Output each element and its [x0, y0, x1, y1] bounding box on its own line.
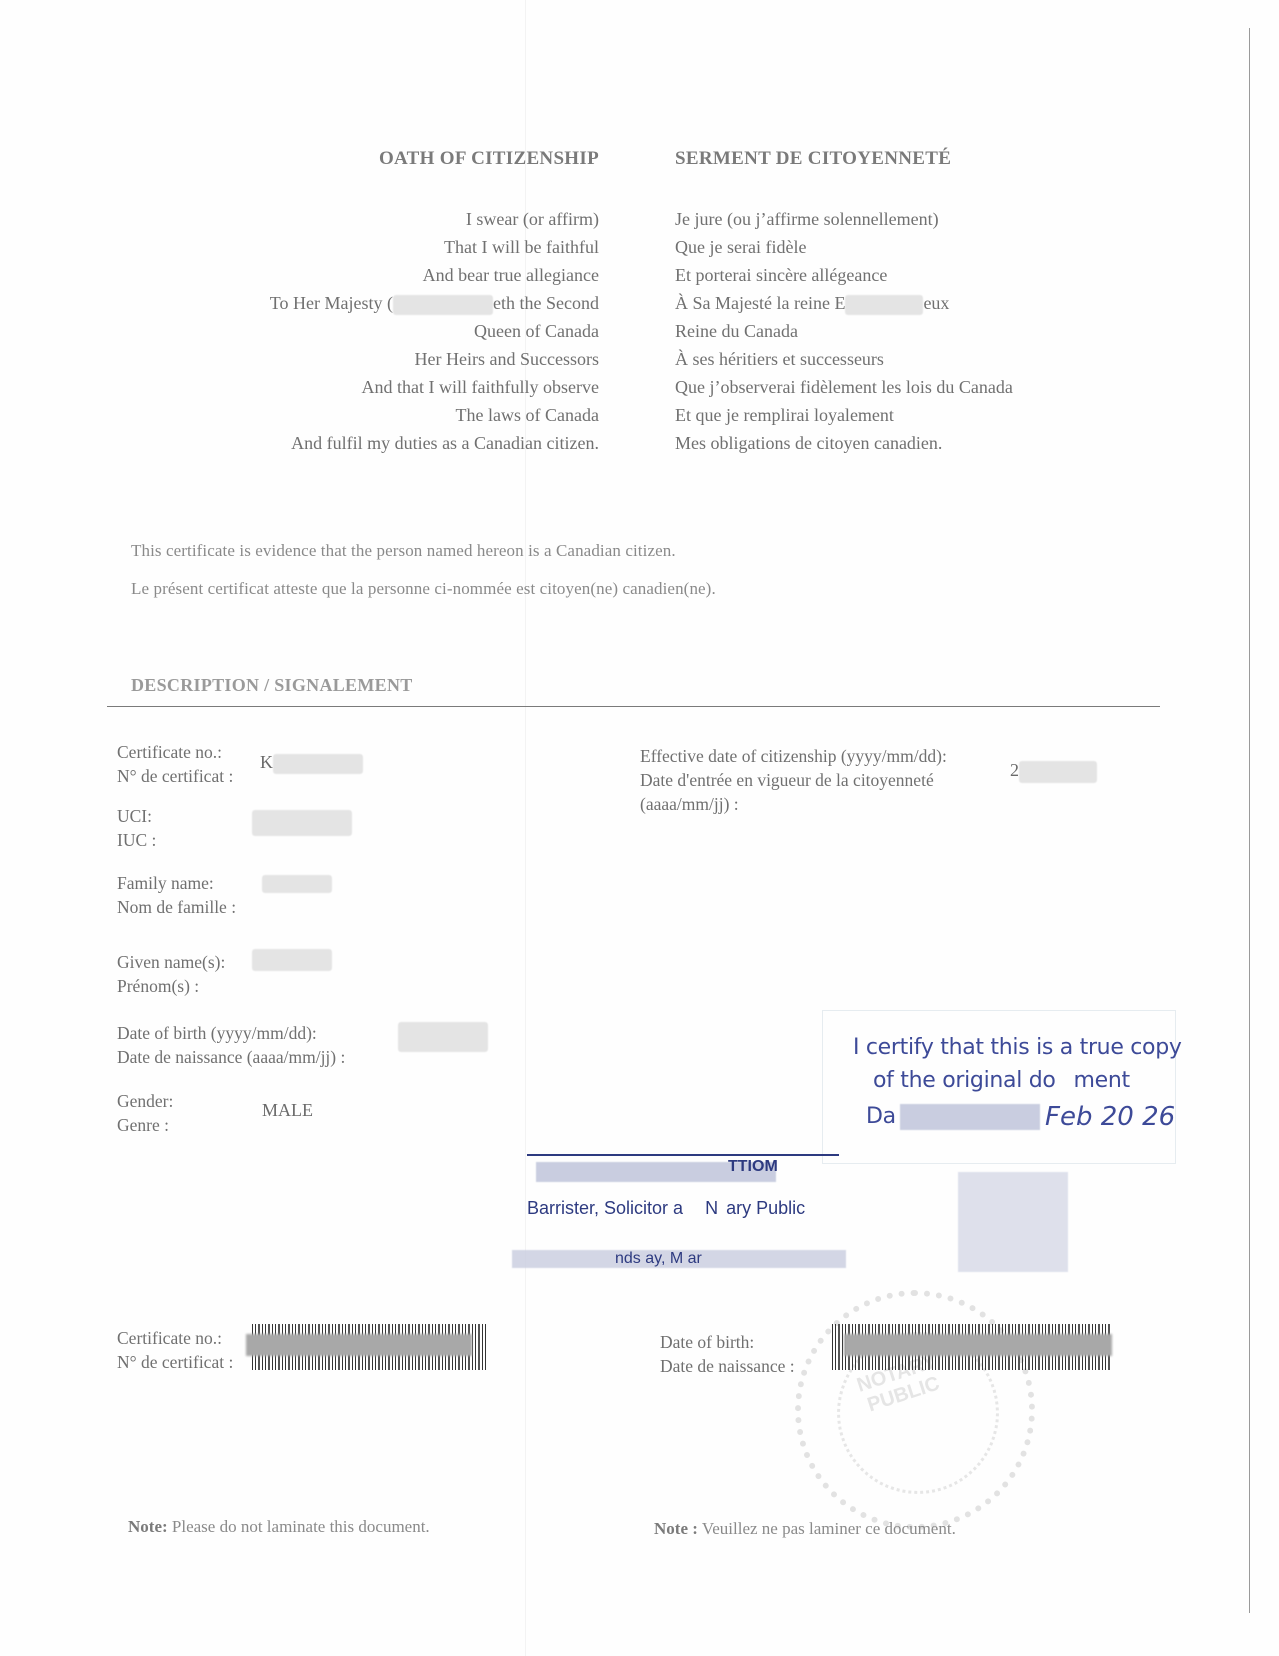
redacted-signature — [900, 1104, 1040, 1130]
stamp-line-3: Da — [866, 1104, 1040, 1130]
oath-line: I swear (or affirm) — [270, 205, 599, 233]
redacted-value — [273, 754, 363, 774]
oath-line: Mes obligations de citoyen canadien. — [675, 429, 1013, 457]
certificate-no-value: K — [260, 752, 363, 774]
oath-english: I swear (or affirm) That I will be faith… — [270, 205, 599, 457]
evidence-english: This certificate is evidence that the pe… — [131, 541, 676, 561]
stub-certificate-label: Certificate no.: N° de certificat : — [117, 1326, 233, 1374]
family-name-label: Family name: Nom de famille : — [117, 871, 236, 919]
certificate-no-label: Certificate no.: N° de certificat : — [117, 740, 233, 788]
redacted-value — [262, 875, 332, 893]
oath-line: Her Heirs and Successors — [270, 345, 599, 373]
note-english: Note: Please do not laminate this docume… — [128, 1517, 430, 1537]
gender-value: MALE — [262, 1100, 313, 1121]
notary-title-c: ary Public — [726, 1198, 805, 1218]
effective-date-visible: 2 — [1010, 760, 1019, 780]
uci-label: UCI: IUC : — [117, 804, 156, 852]
redacted-signature-mark — [958, 1172, 1068, 1272]
note-french: Note : Veuillez ne pas laminer ce docume… — [654, 1519, 956, 1539]
oath-line-majesty: À Sa Majesté la reine Eeux — [675, 289, 1013, 317]
redacted-value — [1019, 761, 1097, 783]
oath-title-english: OATH OF CITIZENSHIP — [379, 148, 599, 170]
label-fr: Date de naissance (aaaa/mm/jj) : — [117, 1045, 345, 1069]
oath-line-majesty: To Her Majesty (eth the Second — [270, 289, 599, 317]
label-fr: IUC : — [117, 828, 156, 852]
label-fr-format: (aaaa/mm/jj) : — [640, 792, 947, 816]
note-text: Veuillez ne pas laminer ce document. — [702, 1519, 956, 1538]
label-fr: N° de certificat : — [117, 764, 233, 788]
redacted-name — [393, 295, 493, 315]
oath-line: And that I will faithfully observe — [270, 373, 599, 401]
description-title: DESCRIPTION / SIGNALEMENT — [131, 675, 413, 696]
stamp-line-1: I certify that this is a true copy — [853, 1035, 1182, 1060]
stamp-line-2-a: of the original do — [873, 1068, 1056, 1093]
oath-line: Je jure (ou j’affirme solennellement) — [675, 205, 1013, 233]
majesty-prefix: À Sa Majesté la reine E — [675, 293, 845, 313]
notary-address-fragment: nds ay, M ar — [615, 1250, 702, 1268]
label-fr: Date de naissance : — [660, 1354, 795, 1378]
oath-line: Que j’observerai fidèlement les lois du … — [675, 373, 1013, 401]
label-fr: Date d'entrée en vigueur de la citoyenne… — [640, 768, 947, 792]
label-en: Given name(s): — [117, 950, 225, 974]
label-en: Date of birth: — [660, 1330, 795, 1354]
handwritten-date: Feb 20 26 — [1045, 1102, 1175, 1132]
oath-line: À ses héritiers et successeurs — [675, 345, 1013, 373]
oath-line: That I will be faithful — [270, 233, 599, 261]
oath-line: Et que je remplirai loyalement — [675, 401, 1013, 429]
notary-name-fragment: TTIOM — [728, 1158, 778, 1176]
label-en: Family name: — [117, 871, 236, 895]
notary-title: Barrister, Solicitor aNary Public — [527, 1198, 805, 1219]
majesty-prefix: To Her Majesty ( — [270, 293, 393, 313]
note-label: Note : — [654, 1519, 698, 1538]
label-en: Gender: — [117, 1089, 173, 1113]
note-text: Please do not laminate this document. — [172, 1517, 430, 1536]
redacted-name — [845, 295, 923, 315]
effective-date-label: Effective date of citizenship (yyyy/mm/d… — [640, 744, 947, 816]
uci-value — [252, 810, 352, 836]
oath-french: Je jure (ou j’affirme solennellement) Qu… — [675, 205, 1013, 457]
label-en: UCI: — [117, 804, 156, 828]
family-name-value — [262, 872, 332, 893]
oath-line: Et porterai sincère allégeance — [675, 261, 1013, 289]
oath-line: Reine du Canada — [675, 317, 1013, 345]
stamp-date-prefix: Da — [866, 1104, 896, 1129]
gender-label: Gender: Genre : — [117, 1089, 173, 1137]
redacted-value — [252, 810, 352, 836]
section-divider — [107, 706, 1160, 707]
redacted-value — [252, 949, 332, 971]
label-en: Effective date of citizenship (yyyy/mm/d… — [640, 744, 947, 768]
label-en: Certificate no.: — [117, 740, 233, 764]
effective-date-value: 2 — [1010, 760, 1097, 783]
label-fr: Genre : — [117, 1113, 173, 1137]
oath-line: And fulfil my duties as a Canadian citiz… — [270, 429, 599, 457]
label-fr: Nom de famille : — [117, 895, 236, 919]
given-names-label: Given name(s): Prénom(s) : — [117, 950, 225, 998]
oath-title-french: SERMENT DE CITOYENNETÉ — [675, 148, 951, 170]
page-edge-line — [1249, 28, 1250, 1613]
label-fr: N° de certificat : — [117, 1350, 233, 1374]
notary-title-b: N — [705, 1198, 718, 1218]
given-names-value — [252, 948, 332, 971]
label-fr: Prénom(s) : — [117, 974, 225, 998]
certificate-no-visible: K — [260, 752, 273, 772]
label-en: Certificate no.: — [117, 1326, 233, 1350]
majesty-suffix: eux — [923, 293, 949, 313]
signature-line — [527, 1154, 839, 1156]
majesty-suffix: eth the Second — [493, 293, 599, 313]
redacted-barcode — [246, 1334, 472, 1356]
redacted-value — [398, 1022, 488, 1052]
oath-line: The laws of Canada — [270, 401, 599, 429]
stamp-line-2-b: ment — [1074, 1068, 1130, 1093]
oath-line: Que je serai fidèle — [675, 233, 1013, 261]
label-en: Date of birth (yyyy/mm/dd): — [117, 1021, 345, 1045]
stamp-line-2: of the original doment — [873, 1068, 1130, 1093]
stub-date-of-birth-label: Date of birth: Date de naissance : — [660, 1330, 795, 1378]
evidence-french: Le présent certificat atteste que la per… — [131, 579, 716, 599]
redacted-barcode — [844, 1334, 1112, 1356]
oath-line: And bear true allegiance — [270, 261, 599, 289]
oath-line: Queen of Canada — [270, 317, 599, 345]
notary-title-a: Barrister, Solicitor a — [527, 1198, 683, 1218]
date-of-birth-value — [398, 1022, 488, 1052]
date-of-birth-label: Date of birth (yyyy/mm/dd): Date de nais… — [117, 1021, 345, 1069]
note-label: Note: — [128, 1517, 168, 1536]
